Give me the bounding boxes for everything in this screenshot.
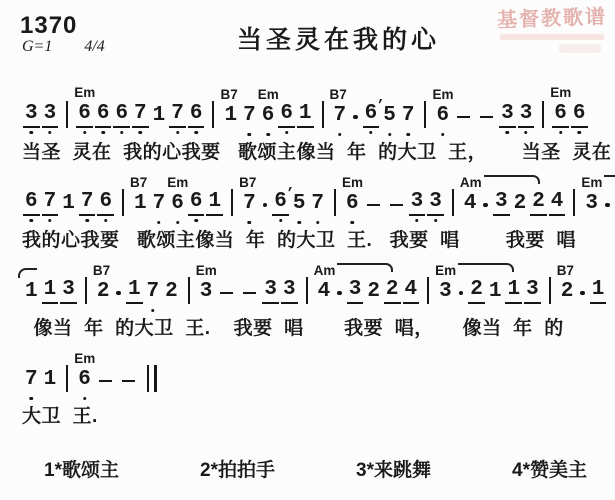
- note: 2: [365, 280, 382, 304]
- duration-dash: [367, 204, 380, 207]
- breath-mark: ’: [286, 182, 294, 206]
- song-number: 1370: [20, 12, 77, 40]
- note: 3: [23, 102, 40, 128]
- notes-row: 716Em: [22, 361, 607, 392]
- chord-extension-line: [484, 175, 540, 184]
- note: 6: [571, 102, 588, 128]
- note: 1: [42, 368, 59, 392]
- barline: [549, 277, 551, 304]
- note: 3: [524, 278, 541, 304]
- breath-mark: ’: [376, 94, 384, 118]
- note: 7: [23, 368, 40, 392]
- note: 7: [42, 190, 59, 216]
- note: 4Am: [462, 192, 479, 216]
- note: 2: [384, 278, 401, 304]
- note: 7: [79, 190, 96, 216]
- note: 1: [206, 190, 223, 216]
- augmentation-dot: [353, 115, 358, 120]
- key-signature: G=1: [22, 38, 52, 55]
- lyrics-line: 当圣 灵在 我的心我要 歌颂主像当 年 的大卫 王， 当圣 灵在: [22, 137, 607, 164]
- barline: [188, 277, 190, 304]
- low-octave-dot: [388, 133, 392, 137]
- low-octave-dot: [151, 309, 155, 313]
- chord-label: B7: [330, 88, 347, 101]
- low-octave-dot: [441, 133, 445, 137]
- note: 5’: [291, 192, 308, 216]
- lyrics-line: 我的心我要 歌颂主像当 年 的大卫 王. 我要 唱 我要 唱: [22, 225, 607, 252]
- barline: [85, 277, 87, 304]
- note: 6Em: [552, 102, 569, 128]
- augmentation-dot: [337, 291, 342, 296]
- duration-dash: [480, 116, 493, 119]
- note: 2: [512, 192, 529, 216]
- note: 7: [241, 104, 258, 128]
- note: 6: [278, 102, 295, 128]
- duration-dash: [457, 116, 470, 119]
- chord-label: Em: [196, 264, 217, 277]
- tie-mark: [18, 268, 37, 278]
- note: 2B7: [559, 280, 576, 304]
- note: 3: [493, 190, 510, 216]
- note: 6Em: [434, 104, 451, 128]
- note: 3: [42, 102, 59, 128]
- verse-item-3: 3*来跳舞: [356, 455, 431, 482]
- note: 7: [169, 102, 186, 128]
- barline: [66, 365, 68, 392]
- note: 7: [151, 192, 168, 216]
- low-octave-dot: [194, 219, 198, 223]
- barline: [424, 101, 426, 128]
- barline: [322, 101, 324, 128]
- low-octave-dot: [559, 131, 563, 135]
- note: 7: [400, 104, 417, 128]
- notes-row: 1132B71723Em334Am32243Em21132B71: [22, 273, 607, 304]
- chord-extension-line: [337, 263, 393, 272]
- note: 1: [505, 278, 522, 304]
- chord-label: B7: [220, 88, 237, 101]
- lyrics-line: 像当 年 的大卫 王. 我要 唱 我要 唱， 像当 年 的: [22, 313, 607, 340]
- barline: [334, 189, 336, 216]
- barline: [66, 101, 68, 128]
- key-time-signature: G=14/4: [22, 38, 105, 56]
- barline: [212, 101, 214, 128]
- notes-row: 671761B776Em617B765’76Em334Am32243Em2: [22, 185, 607, 216]
- note: 6: [97, 190, 114, 216]
- low-octave-dot: [266, 133, 270, 137]
- chord-label: Em: [432, 88, 453, 101]
- note: 6Em: [76, 368, 93, 392]
- watermark-subtext-bar: [500, 34, 604, 40]
- note: 6: [188, 190, 205, 216]
- augmentation-dot: [580, 291, 585, 296]
- note: 6: [95, 102, 112, 128]
- chord-label: Em: [581, 175, 615, 189]
- low-octave-dot: [83, 397, 87, 401]
- augmentation-dot: [459, 291, 464, 296]
- notation-area: 336Em6671761B776Em617B765’76Em336Em6当圣 灵…: [22, 76, 607, 437]
- note: 4: [549, 190, 566, 216]
- low-octave-dot: [83, 131, 87, 135]
- low-octave-dot: [194, 131, 198, 135]
- note: 4Am: [316, 280, 333, 304]
- barline: [542, 101, 544, 128]
- note: 1B7: [132, 192, 149, 216]
- music-line: 671761B776Em617B765’76Em334Am32243Em2我的心…: [22, 185, 607, 252]
- music-line: 716Em大卫 王.: [22, 361, 607, 428]
- chord-label: B7: [93, 264, 110, 277]
- low-octave-dot: [285, 131, 289, 135]
- note: 1: [60, 192, 77, 216]
- note: 4: [403, 278, 420, 304]
- note: 7: [132, 102, 149, 128]
- note: 3: [409, 190, 426, 216]
- note: 3: [262, 278, 279, 304]
- low-octave-dot: [104, 219, 108, 223]
- barline: [231, 189, 233, 216]
- note: 7B7: [332, 104, 349, 128]
- chord-label: B7: [130, 176, 147, 189]
- watermark-stamp: [559, 44, 601, 53]
- duration-dash: [390, 204, 403, 207]
- low-octave-dot: [338, 133, 342, 137]
- low-octave-dot: [297, 221, 301, 225]
- watermark: 基督教歌谱: [497, 2, 607, 53]
- chord-label: B7: [239, 176, 256, 189]
- augmentation-dot: [263, 203, 268, 208]
- note: 3: [499, 102, 516, 128]
- chord-label: Em: [167, 176, 188, 189]
- note: 1: [23, 280, 40, 304]
- low-octave-dot: [248, 221, 252, 225]
- barline: [573, 189, 575, 216]
- note: 1: [42, 278, 59, 304]
- low-octave-dot: [248, 133, 252, 137]
- augmentation-dot: [116, 291, 121, 296]
- note: 3: [347, 278, 364, 304]
- low-octave-dot: [48, 219, 52, 223]
- low-octave-dot: [406, 133, 410, 137]
- time-signature: 4/4: [84, 38, 104, 55]
- low-octave-dot: [351, 221, 355, 225]
- music-line: 336Em6671761B776Em617B765’76Em336Em6当圣 灵…: [22, 97, 607, 164]
- note: 5’: [381, 104, 398, 128]
- note: 6: [188, 102, 205, 128]
- verse-item-4: 4*赞美主: [512, 455, 587, 482]
- page-title: 当圣灵在我的心: [237, 20, 440, 56]
- chord-label: Em: [435, 263, 514, 277]
- note: 1: [297, 102, 314, 128]
- barline: [306, 277, 308, 304]
- chord-extension-line: [458, 263, 514, 272]
- note: 1: [126, 278, 143, 304]
- low-octave-dot: [30, 219, 34, 223]
- duration-dash: [220, 292, 233, 295]
- chord-label: Em: [342, 176, 363, 189]
- note: 2B7: [95, 280, 112, 304]
- chord-extension-line: [604, 175, 615, 184]
- note: 2: [468, 278, 485, 304]
- note: 1: [151, 104, 168, 128]
- low-octave-dot: [30, 131, 34, 135]
- augmentation-dot: [605, 203, 610, 208]
- note: 3: [518, 102, 535, 128]
- chord-label: Am: [314, 263, 394, 277]
- chord-label: Am: [460, 175, 540, 189]
- final-barline: [147, 365, 157, 392]
- barline: [122, 189, 124, 216]
- note: 6Em: [169, 192, 186, 216]
- low-octave-dot: [577, 131, 581, 135]
- verse-item-1: 1*歌颂主: [44, 455, 119, 482]
- chord-label: Em: [74, 352, 95, 365]
- note: 7B7: [241, 192, 258, 216]
- verse-item-2: 2*拍拍手: [200, 455, 275, 482]
- duration-dash: [122, 380, 135, 383]
- low-octave-dot: [176, 221, 180, 225]
- note: 1B7: [222, 104, 239, 128]
- note: 6Em: [76, 102, 93, 128]
- note: 6Em: [260, 104, 277, 128]
- low-octave-dot: [506, 131, 510, 135]
- note: 1: [590, 278, 607, 304]
- barline: [452, 189, 454, 216]
- sheet-music-page: 1370 G=14/4 当圣灵在我的心 基督教歌谱 336Em6671761B7…: [0, 0, 615, 500]
- note: 3: [60, 278, 77, 304]
- note: 3Em: [583, 192, 600, 216]
- low-octave-dot: [48, 131, 52, 135]
- low-octave-dot: [139, 131, 143, 135]
- low-octave-dot: [415, 219, 419, 223]
- note: 3: [427, 190, 444, 216]
- low-octave-dot: [434, 219, 438, 223]
- low-octave-dot: [279, 219, 283, 223]
- chord-label: Em: [550, 86, 571, 99]
- low-octave-dot: [120, 131, 124, 135]
- duration-dash: [99, 380, 112, 383]
- note: 1: [487, 280, 504, 304]
- note: 6: [113, 102, 130, 128]
- note: 6Em: [344, 192, 361, 216]
- barline: [427, 277, 429, 304]
- note: 7: [309, 192, 326, 216]
- low-octave-dot: [369, 131, 373, 135]
- music-line: 1132B71723Em334Am32243Em21132B71 像当 年 的大…: [22, 273, 607, 340]
- low-octave-dot: [157, 221, 161, 225]
- low-octave-dot: [316, 221, 320, 225]
- lyrics-line: 大卫 王.: [22, 401, 607, 428]
- chord-label: Em: [258, 88, 279, 101]
- note: 2: [530, 190, 547, 216]
- verse-list: 1*歌颂主 2*拍拍手 3*来跳舞 4*赞美主: [22, 455, 605, 482]
- low-octave-dot: [176, 131, 180, 135]
- low-octave-dot: [85, 219, 89, 223]
- note: 3Em: [437, 280, 454, 304]
- low-octave-dot: [524, 131, 528, 135]
- augmentation-dot: [483, 203, 488, 208]
- low-octave-dot: [30, 397, 34, 401]
- note: 6: [23, 190, 40, 216]
- notes-row: 336Em6671761B776Em617B765’76Em336Em6: [22, 97, 607, 128]
- note: 3: [281, 278, 298, 304]
- watermark-text: 基督教歌谱: [497, 0, 608, 33]
- note: 2: [163, 280, 180, 304]
- chord-label: B7: [557, 264, 574, 277]
- chord-label: Em: [74, 86, 95, 99]
- note: 7: [145, 280, 162, 304]
- low-octave-dot: [101, 131, 105, 135]
- note: 3Em: [198, 280, 215, 304]
- duration-dash: [243, 292, 256, 295]
